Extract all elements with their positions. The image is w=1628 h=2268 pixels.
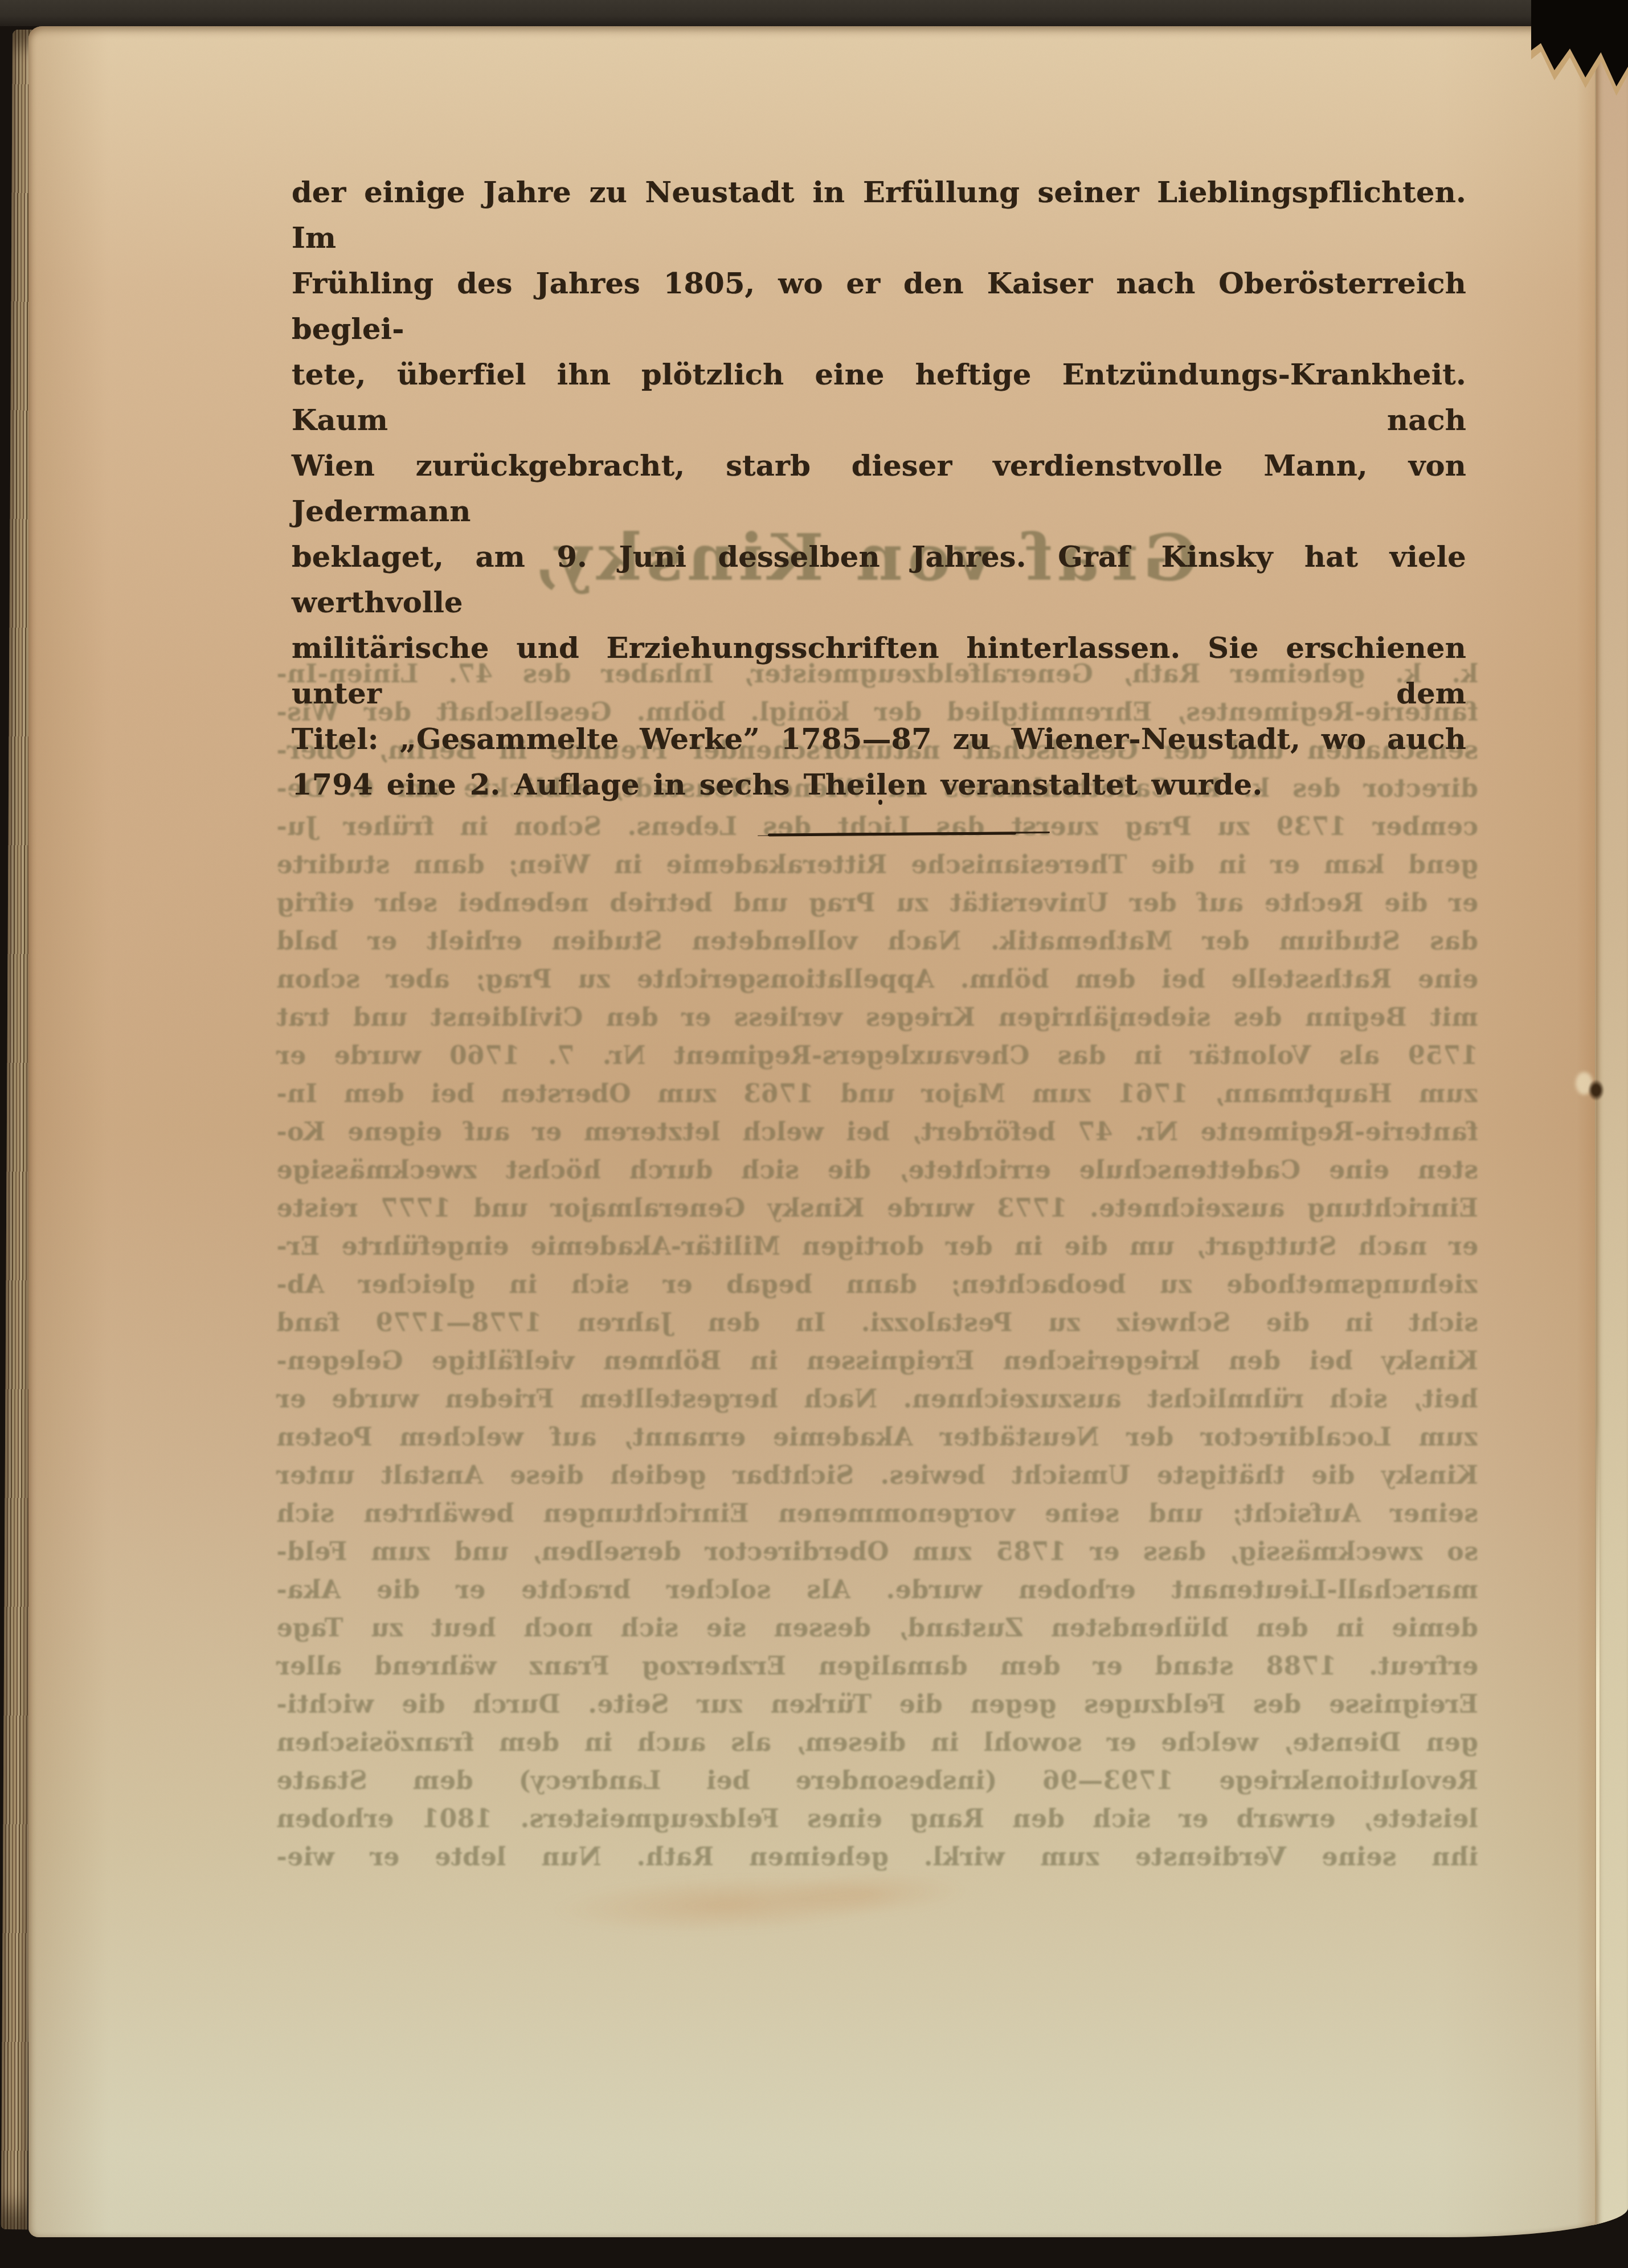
text-line: ihn seine Verdienste zum wirkl. geheimen…	[276, 1838, 1478, 1876]
text-line: militärische und Erziehungsschriften hin…	[292, 625, 1466, 717]
text-line: leistete, erwarb er sich den Rang eines …	[276, 1800, 1478, 1838]
text-line: marschall-Lieutenant erhoben wurde. Als …	[276, 1571, 1478, 1609]
text-line: gend kam er in die Theresianische Ritter…	[276, 846, 1478, 884]
text-line: beklaget, am 9. Juni desselben Jahres. G…	[292, 534, 1466, 625]
book-page: Graf von Kinsky, k. k. geheimer Rath, Ge…	[28, 26, 1628, 2237]
bleedthrough-paragraph: k. k. geheimer Rath, Generalfeldzeugmeis…	[276, 655, 1478, 1876]
text-line: ziehungsmethode zu beobachten; dann bega…	[276, 1266, 1478, 1304]
text-line: 1759 als Volontär in das Chevauxlegers-R…	[276, 1037, 1478, 1075]
text-line: so zweckmässig, dass er 1785 zum Oberdir…	[276, 1533, 1478, 1571]
text-line: sten eine Cadettenschule errichtete, die…	[276, 1151, 1478, 1189]
text-line: fanterie-Regimente Nr. 47 befördert, bei…	[276, 1113, 1478, 1151]
text-line: zum Localdirector der Neustädter Akademi…	[276, 1418, 1478, 1456]
text-line: eine Rathsstelle bei dem böhm. Appellati…	[276, 960, 1478, 998]
text-line: er die Rechte auf der Universität zu Pra…	[276, 884, 1478, 922]
text-line: erfreut. 1788 stand er dem damaligen Erz…	[276, 1647, 1478, 1685]
text-line: Ereignisse des Feldzuges gegen die Türke…	[276, 1685, 1478, 1723]
text-line: mit Beginn des siebenjährigen Krieges ve…	[276, 998, 1478, 1037]
text-line: seiner Aufsicht; und seine vorgenommenen…	[276, 1495, 1478, 1533]
text-line: sicht in die Schweiz zu Pestalozzi. In d…	[276, 1304, 1478, 1342]
fold-nick-hole	[1587, 1075, 1610, 1105]
text-line: Wien zurückgebracht, starb dieser verdie…	[292, 443, 1466, 534]
text-line: Frühling des Jahres 1805, wo er den Kais…	[292, 261, 1466, 352]
ink-dot-mark	[878, 800, 882, 805]
text-line: Kinsky bei den kriegerischen Ereignissen…	[276, 1342, 1478, 1380]
text-line: tete, überfiel ihn plötzlich eine heftig…	[292, 352, 1466, 443]
text-line: gen Dienste, welche er sowohl in diesem,…	[276, 1723, 1478, 1762]
text-line: das Studium der Mathematik. Nach vollend…	[276, 922, 1478, 960]
text-line: zum Hauptmann, 1761 zum Major und 1763 z…	[276, 1075, 1478, 1113]
text-line: Einrichtung auszeichnete. 1773 wurde Kin…	[276, 1189, 1478, 1227]
text-line: der einige Jahre zu Neustadt in Erfüllun…	[292, 170, 1466, 261]
main-paragraph: der einige Jahre zu Neustadt in Erfüllun…	[292, 170, 1466, 808]
fold-highlight	[1596, 1422, 1600, 2162]
text-line: heit, sich rühmlichst auszuzeichnen. Nac…	[276, 1380, 1478, 1418]
text-line: er nach Stuttgart, um die in der dortige…	[276, 1227, 1478, 1266]
text-line: Titel: „Gesammelte Werke” 1785—87 zu Wie…	[292, 717, 1466, 762]
text-line: Kinsky die thätigste Umsicht bewies. Sic…	[276, 1456, 1478, 1495]
page-fold-strip	[1595, 26, 1628, 2237]
text-line: cember 1739 zu Prag zuerst das Licht des…	[276, 808, 1478, 846]
text-line: Revolutionskriege 1793—96 (insbesondere …	[276, 1762, 1478, 1800]
text-line: demie in den blühendsten Zustand, dessen…	[276, 1609, 1478, 1647]
scanner-background-band	[0, 0, 1628, 26]
